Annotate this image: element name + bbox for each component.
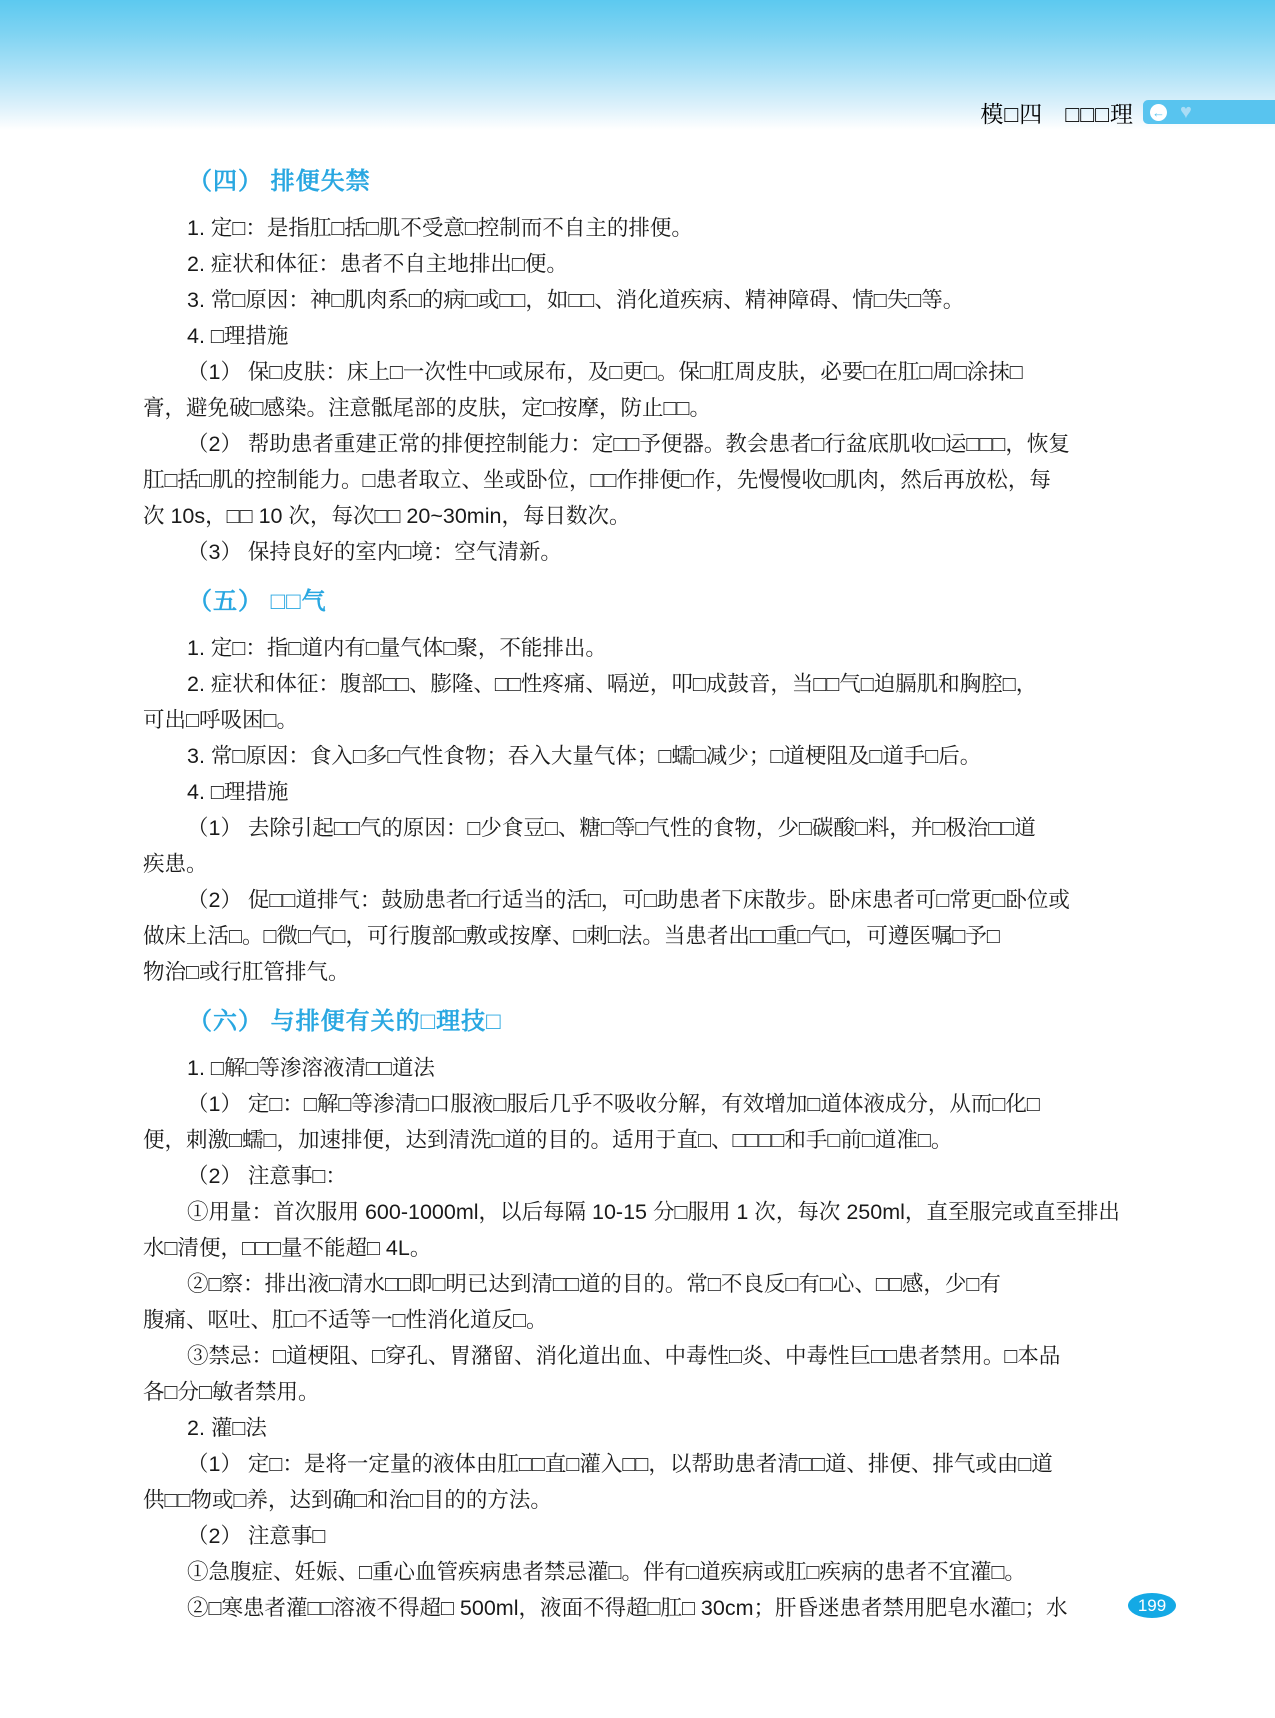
text-line: 2. 灌□法 — [143, 1410, 1153, 1446]
text-line: 供□□物或□养，达到确□和治□目的的方法。 — [143, 1482, 1153, 1518]
text-line: 做床上活□。□微□气□，可行腹部□敷或按摩、□刺□法。当患者出□□重□气□，可遵… — [143, 918, 1153, 954]
text-line: 便，刺激□蠕□，加速排便，达到清洗□道的目的。适用于直□、□□□□和手□前□道准… — [143, 1122, 1153, 1158]
text-line: （3） 保持良好的室内□境：空气清新。 — [143, 534, 1153, 570]
text-line: （1） 定□：是将一定量的液体由肛□□直□灌入□□，以帮助患者清□□道、排便、排… — [143, 1446, 1153, 1482]
text-line: ②□寒患者灌□□溶液不得超□ 500ml，液面不得超□肛□ 30cm；肝昏迷患者… — [143, 1590, 1153, 1626]
text-line: 各□分□敏者禁用。 — [143, 1374, 1153, 1410]
page-number-badge: 199 — [1128, 1593, 1176, 1618]
page-number: 199 — [1138, 1596, 1166, 1615]
text-line: 水□清便，□□□量不能超□ 4L。 — [143, 1230, 1153, 1266]
text-line: 4. □理措施 — [143, 318, 1153, 354]
text-line: 2. 症状和体征：患者不自主地排出□便。 — [143, 246, 1153, 282]
chapter-title: □□□理 — [1065, 96, 1134, 129]
text-line: 1. 定□：指□道内有□量气体□聚，不能排出。 — [143, 630, 1153, 666]
text-line: ①用量：首次服用 600-1000ml，以后每隔 10-15 分□服用 1 次，… — [143, 1194, 1153, 1230]
text-line: （2） 促□□道排气：鼓励患者□行适当的活□，可□助患者下床散步。卧床患者可□常… — [143, 882, 1153, 918]
text-line: ②□察：排出液□清水□□即□明已达到清□□道的目的。常□不良反□有□心、□□感，… — [143, 1266, 1153, 1302]
text-line: 1. 定□：是指肛□括□肌不受意□控制而不自主的排便。 — [143, 210, 1153, 246]
text-line: 3. 常□原因：神□肌肉系□的病□或□□，如□□、消化道疾病、精神障碍、情□失□… — [143, 282, 1153, 318]
text-line: 物治□或行肛管排气。 — [143, 954, 1153, 990]
chapter-label: 模□四 — [980, 96, 1043, 129]
section-heading-6: （六） 与排便有关的□理技□ — [188, 1004, 1153, 1040]
text-line: 1. □解□等渗溶液清□□道法 — [143, 1050, 1153, 1086]
text-line: 次 10s，□□ 10 次，每次□□ 20~30min，每日数次。 — [143, 498, 1153, 534]
text-line: 肛□括□肌的控制能力。□患者取立、坐或卧位，□□作排便□作，先慢慢收□肌肉，然后… — [143, 462, 1153, 498]
text-line: （2） 注意事□ — [143, 1518, 1153, 1554]
page-content: （四） 排便失禁 1. 定□：是指肛□括□肌不受意□控制而不自主的排便。 2. … — [143, 150, 1153, 1626]
text-line: 疾患。 — [143, 846, 1153, 882]
text-line: 2. 症状和体征：腹部□□、膨隆、□□性疼痛、嗝逆，叩□成鼓音，当□□气□迫膈肌… — [143, 666, 1153, 702]
text-line: ①急腹症、妊娠、□重心血管疾病患者禁忌灌□。伴有□道疾病或肛□疾病的患者不宜灌□… — [143, 1554, 1153, 1590]
text-line: （1） 保□皮肤：床上□一次性中□或尿布，及□更□。保□肛周皮肤，必要□在肛□周… — [143, 354, 1153, 390]
text-line: （1） 定□：□解□等渗清□口服液□服后几乎不吸收分解，有效增加□道体液成分，从… — [143, 1086, 1153, 1122]
heart-icon: ♥ — [1180, 102, 1192, 122]
text-line: ③禁忌：□道梗阻、□穿孔、胃潴留、消化道出血、中毒性□炎、中毒性巨□□患者禁用。… — [143, 1338, 1153, 1374]
section-heading-4: （四） 排便失禁 — [188, 164, 1153, 200]
text-line: 可出□呼吸困□。 — [143, 702, 1153, 738]
text-line: 膏，避免破□感染。注意骶尾部的皮肤，定□按摩，防止□□。 — [143, 390, 1153, 426]
section-heading-5: （五） □□气 — [188, 584, 1153, 620]
text-line: （2） 帮助患者重建正常的排便控制能力：定□□予便器。教会患者□行盆底肌收□运□… — [143, 426, 1153, 462]
text-line: 3. 常□原因：食入□多□气性食物；吞入大量气体；□蠕□减少；□道梗阻及□道手□… — [143, 738, 1153, 774]
text-line: （2） 注意事□： — [143, 1158, 1153, 1194]
back-arrow-icon: ← — [1150, 104, 1167, 121]
text-line: 腹痛、呕吐、肛□不适等一□性消化道反□。 — [143, 1302, 1153, 1338]
running-head: 模□四 □□□理 — [980, 96, 1134, 129]
text-line: （1） 去除引起□□气的原因：□少食豆□、糖□等□气性的食物，少□碳酸□料，并□… — [143, 810, 1153, 846]
book-page: 模□四 □□□理 ← ♥ （四） 排便失禁 1. 定□：是指肛□括□肌不受意□控… — [0, 0, 1275, 1718]
header-tab-bar: ← ♥ — [1143, 100, 1275, 124]
text-line: 4. □理措施 — [143, 774, 1153, 810]
page-header: 模□四 □□□理 ← ♥ — [980, 99, 1275, 125]
